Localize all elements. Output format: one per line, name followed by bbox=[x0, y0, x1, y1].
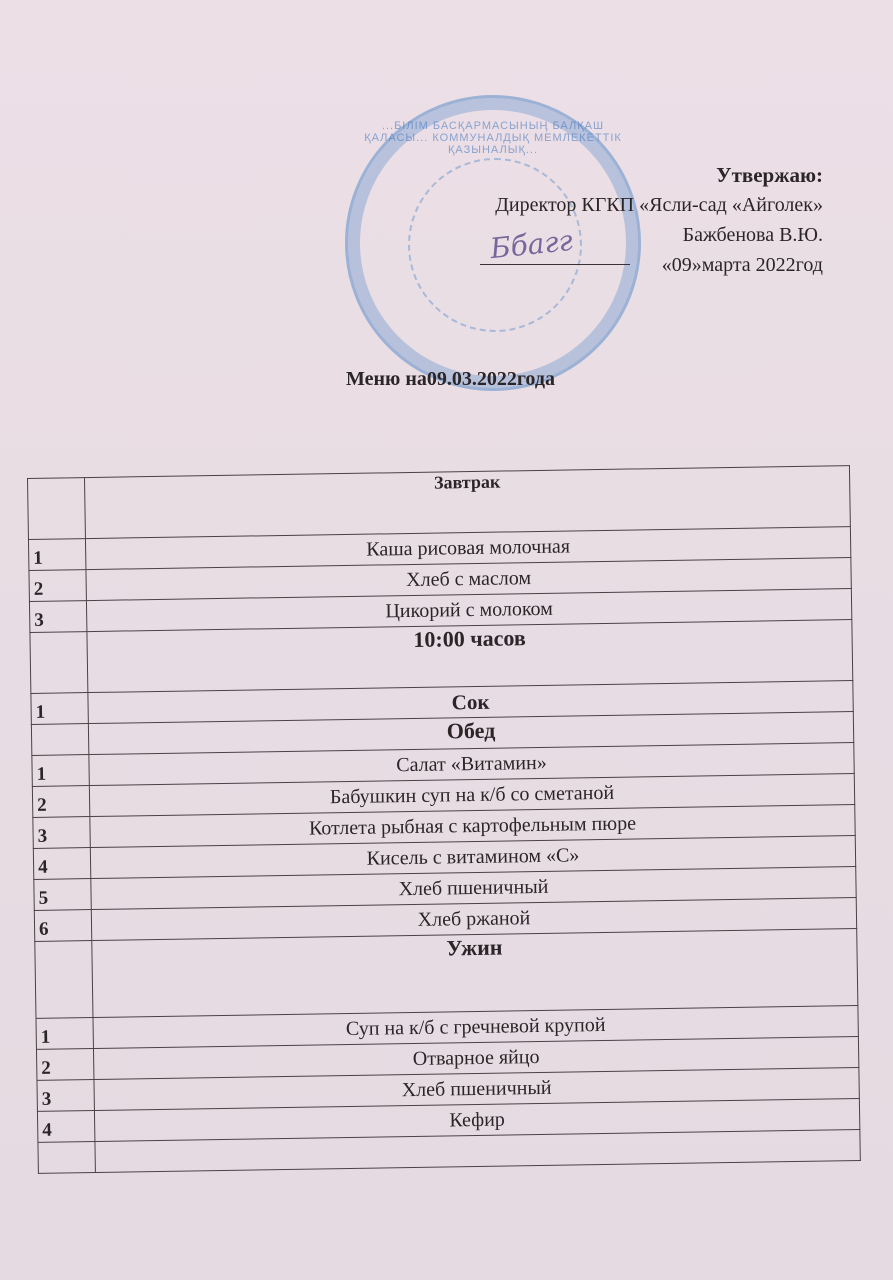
approval-date: «09»марта 2022год bbox=[495, 250, 823, 280]
item-number: 3 bbox=[33, 817, 90, 849]
page-title: Меню на09.03.2022года bbox=[0, 368, 893, 391]
approval-block: Утвержаю: Директор КГКП «Ясли-сад «Айгол… bbox=[495, 160, 823, 280]
item-number: 1 bbox=[28, 539, 85, 571]
item-number: 3 bbox=[29, 601, 86, 633]
item-number: 1 bbox=[31, 693, 88, 725]
item-number: 4 bbox=[37, 1111, 94, 1143]
section-title: Ужин bbox=[92, 929, 858, 1018]
approval-director: Директор КГКП «Ясли-сад «Айголек» bbox=[495, 190, 823, 220]
item-number: 2 bbox=[36, 1049, 93, 1081]
approval-title: Утвержаю: bbox=[495, 160, 823, 190]
section-row-dinner: Ужин bbox=[35, 929, 858, 1019]
stamp-text: ...БІЛІМ БАСҚАРМАСЫНЫҢ БАЛҚАШ ҚАЛАСЫ... … bbox=[348, 120, 638, 156]
item-number: 1 bbox=[32, 755, 89, 787]
item-number: 2 bbox=[32, 786, 89, 818]
item-number: 3 bbox=[37, 1080, 94, 1112]
menu-title-text: Меню на09.03.2022года bbox=[346, 368, 555, 390]
item-number: 2 bbox=[29, 570, 86, 602]
item-number: 6 bbox=[34, 910, 91, 942]
item-number: 1 bbox=[36, 1018, 93, 1050]
item-number: 4 bbox=[33, 848, 90, 880]
item-number: 5 bbox=[34, 879, 91, 911]
approval-name: Бажбенова В.Ю. bbox=[495, 220, 823, 250]
menu-table: Завтрак 1 Каша рисовая молочная 2 Хлеб с… bbox=[27, 465, 861, 1174]
